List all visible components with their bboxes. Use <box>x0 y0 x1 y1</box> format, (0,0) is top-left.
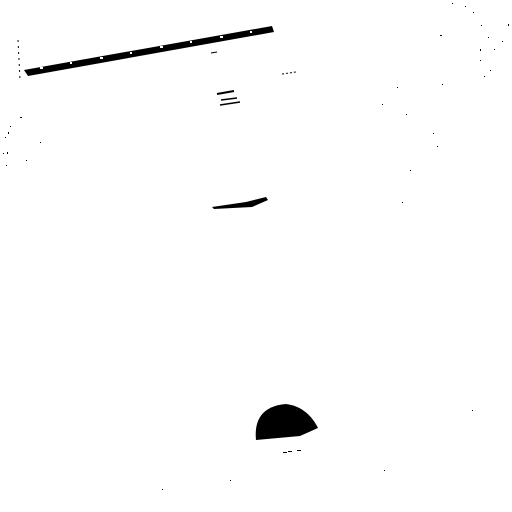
divider <box>282 72 296 74</box>
mid-bar <box>212 197 268 209</box>
noise-specks <box>3 3 509 490</box>
hamburger-icon[interactable] <box>217 91 240 105</box>
dome-shadow-dashes <box>283 450 301 453</box>
top-bar <box>24 26 274 76</box>
dome-shape <box>256 404 318 440</box>
screen-canvas <box>0 0 512 512</box>
window-edge <box>18 40 20 80</box>
divider <box>211 52 217 53</box>
